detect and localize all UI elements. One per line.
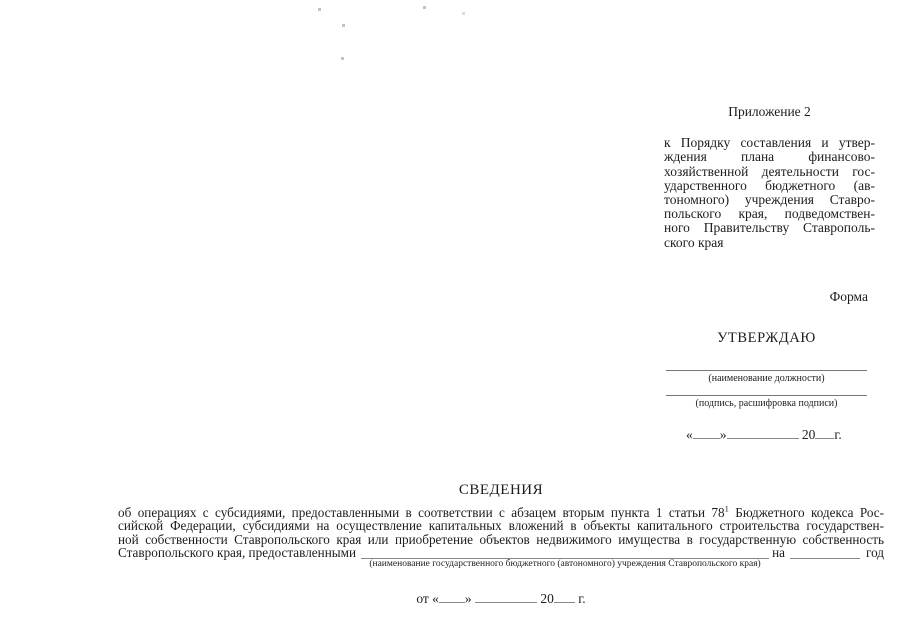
institution-blank-caption: (наименование государственного бюджетног…: [361, 559, 769, 569]
appendix-line: тономного) учреждения Ставро-: [664, 193, 875, 207]
scan-speck: [342, 24, 345, 27]
year-suffix: г.: [834, 427, 841, 442]
year-prefix: 20: [802, 427, 816, 442]
paragraph-line-3: ной собственности Ставропольского края и…: [118, 533, 884, 546]
day-blank: [439, 590, 465, 603]
close-quote: »: [720, 427, 727, 442]
appendix-line: ского края: [664, 236, 875, 250]
signature-caption: (подпись, расшифровка подписи): [666, 398, 867, 409]
appendix-title: Приложение 2: [664, 105, 875, 119]
paragraph-line-2: сийской Федерации, субсидиями на осущест…: [118, 519, 884, 532]
paragraph-line-4: Ставропольского края, предоставленными (…: [118, 546, 884, 559]
year-suffix: г.: [578, 591, 585, 606]
month-blank: [475, 590, 537, 603]
paragraph-text: год: [866, 546, 884, 559]
appendix-block: Приложение 2 к Порядку составления и утв…: [664, 105, 875, 250]
appendix-line: ударственного бюджетного (ав-: [664, 179, 875, 193]
scan-speck: [318, 8, 321, 11]
position-caption: (наименование должности): [666, 373, 867, 384]
position-signature-line: [666, 370, 867, 371]
form-label: Форма: [664, 289, 868, 305]
appendix-line: ждения плана финансово-: [664, 150, 875, 164]
main-paragraph: об операциях с субсидиями, предоставленн…: [118, 506, 884, 559]
scanned-document-page: { "appendix": { "title": "Приложение 2",…: [0, 0, 905, 640]
paragraph-text: Ставропольского края, предоставленными: [118, 546, 356, 559]
scan-speck: [462, 12, 465, 15]
approval-date-line: «» 20г.: [666, 426, 867, 443]
year-blank: [790, 546, 860, 559]
open-quote: «: [432, 591, 439, 606]
year-prefix: 20: [540, 591, 554, 606]
close-quote: »: [465, 591, 472, 606]
paragraph-text: на: [772, 546, 785, 559]
scan-speck: [423, 6, 426, 9]
year-blank: [554, 590, 575, 603]
document-title: СВЕДЕНИЯ: [118, 482, 884, 499]
appendix-line: хозяйственной деятельности гос-: [664, 165, 875, 179]
institution-name-blank: (наименование государственного бюджетног…: [361, 546, 769, 559]
scan-speck: [341, 57, 344, 60]
date-prefix: от: [416, 591, 428, 606]
approval-title: УТВЕРЖДАЮ: [666, 330, 867, 347]
appendix-line: к Порядку составления и утвер-: [664, 136, 875, 150]
paragraph-line-1: об операциях с субсидиями, предоставленн…: [118, 506, 884, 519]
open-quote: «: [686, 427, 693, 442]
month-blank: [727, 426, 799, 439]
approval-block: УТВЕРЖДАЮ (наименование должности) (подп…: [666, 330, 867, 443]
appendix-line: польского края, подведомствен-: [664, 207, 875, 221]
signature-line: [666, 395, 867, 396]
day-blank: [693, 426, 720, 439]
appendix-line: ного Правительству Ставрополь-: [664, 221, 875, 235]
year-blank: [815, 426, 834, 439]
document-date-line: от «» 20 г.: [118, 590, 884, 607]
